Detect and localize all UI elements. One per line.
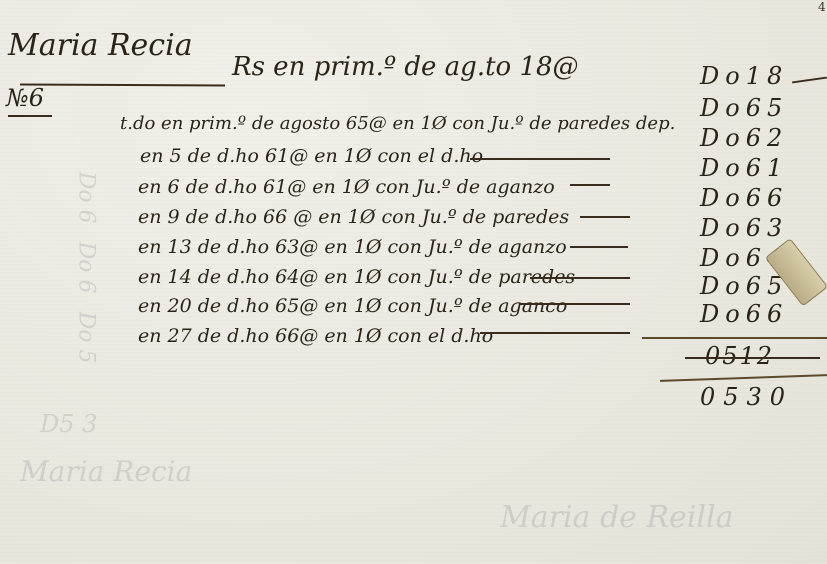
entry-dash (530, 277, 630, 279)
entry-dash (480, 332, 630, 334)
entry-amount: Do65 (700, 272, 788, 300)
bleed-through-text: Maria de Reilla (500, 500, 733, 535)
ledger-entry: t.do en prim.º de agosto 65@ en 1Ø con J… (120, 113, 675, 134)
ledger-entry: en 5 de d.ho 61@ en 1Ø con el d.ho (140, 145, 483, 167)
entry-amount: Do61 (700, 154, 788, 182)
ledger-heading: Rs en prim.º de ag.to 18@ (232, 52, 579, 82)
ledger-entry: en 6 de d.ho 61@ en 1Ø con Ju.º de aganz… (138, 176, 555, 198)
ledger-entry: en 20 de d.ho 65@ en 1Ø con Ju.º de agan… (138, 295, 567, 317)
entry-dash (520, 303, 630, 305)
entry-amount: Do63 (700, 214, 788, 242)
entry-amount: Do66 (700, 300, 788, 328)
entry-amount: Do66 (700, 184, 788, 212)
struck-subtotal: 0512 (705, 342, 774, 370)
entry-amount: Do65 (700, 94, 788, 122)
ledger-entry: en 9 de d.ho 66 @ en 1Ø con Ju.º de pare… (138, 206, 569, 228)
ledger-entry: en 14 de d.ho 64@ en 1Ø con Ju.º de pare… (138, 266, 575, 288)
bleed-through-text: Do 6 (73, 242, 98, 294)
entry-number-underline (8, 115, 52, 117)
bleed-through-text: Do 5 (73, 312, 98, 364)
entry-number: №6 (6, 84, 44, 112)
entry-dash (580, 216, 630, 218)
ledger-entry: en 13 de d.ho 63@ en 1Ø con Ju.º de agan… (138, 236, 567, 258)
entry-dash (570, 184, 610, 186)
entry-dash (570, 246, 628, 248)
entry-amount: Do18 (700, 62, 788, 90)
account-holder-name: Maria Recia (8, 28, 193, 63)
entry-amount: Do62 (700, 124, 788, 152)
subtotal-strikethrough (685, 357, 820, 359)
bleed-through-text: Do 6 (73, 172, 98, 224)
entry-dash (470, 158, 610, 160)
bleed-through-text: Maria Recia (20, 455, 192, 488)
ledger-entry: en 27 de d.ho 66@ en 1Ø con el d.ho (138, 325, 493, 347)
total-amount: 0530 (700, 383, 793, 411)
sum-rule (642, 337, 827, 339)
page-number: 4 (818, 0, 826, 14)
bleed-through-text: D5 3 (40, 410, 97, 438)
